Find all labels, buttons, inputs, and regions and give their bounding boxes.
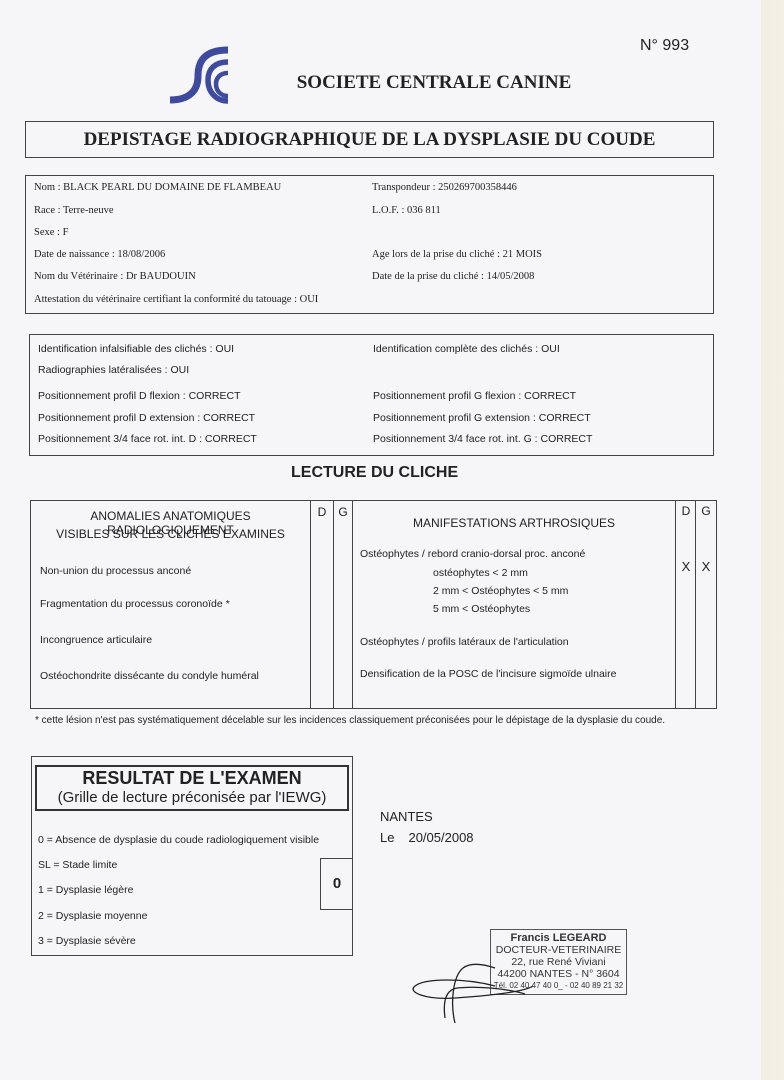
arthrosis-row-label: ostéophytes < 2 mm (433, 567, 528, 579)
handwritten-signature-icon (405, 958, 535, 1028)
lof-number: L.O.F. : 036 811 (372, 205, 441, 216)
anomaly-row-label: Ostéochondrite dissécante du condyle hum… (40, 670, 259, 682)
check-right-item: Positionnement 3/4 face rot. int. G : CO… (373, 433, 592, 445)
animal-breed: Race : Terre-neuve (34, 205, 114, 216)
arthrosis-row-label: 2 mm < Ostéophytes < 5 mm (433, 585, 568, 597)
arthrosis-row-label: 5 mm < Ostéophytes (433, 603, 530, 615)
stamp-title: DOCTEUR-VETERINAIRE (491, 944, 626, 956)
column-divider (310, 501, 311, 708)
column-header-g: G (696, 504, 716, 518)
grade-legend-item: 2 = Dysplasie moyenne (38, 910, 147, 922)
column-header-d: D (312, 505, 332, 519)
arthrosis-row-label: Ostéophytes / rebord cranio-dorsal proc.… (360, 548, 585, 560)
mark-d-osteophytes-lt2mm: X (676, 559, 696, 574)
column-header-g: G (333, 505, 353, 519)
anomaly-row-label: Fragmentation du processus coronoïde * (40, 598, 230, 610)
anomalies-table: ANOMALIES ANATOMIQUES RADIOLOGIQUEMENT V… (30, 500, 353, 709)
date-prefix: Le (380, 830, 394, 845)
arthrosis-header: MANIFESTATIONS ARTHROSIQUES (353, 516, 675, 530)
signature-place: NANTES (380, 809, 433, 824)
check-left-item: Positionnement profil D extension : CORR… (38, 412, 255, 424)
arthrosis-table: MANIFESTATIONS ARTHROSIQUES D G Ostéophy… (352, 500, 717, 709)
result-score: 0 (321, 875, 353, 892)
document-title-box: DEPISTAGE RADIOGRAPHIQUE DE LA DYSPLASIE… (25, 121, 714, 158)
anomaly-row-label: Incongruence articulaire (40, 634, 152, 646)
tattoo-attestation: Attestation du vétérinaire certifiant la… (34, 294, 318, 305)
xray-date: Date de la prise du cliché : 14/05/2008 (372, 271, 534, 282)
column-header-d: D (676, 504, 696, 518)
result-title: RESULTAT DE L'EXAMEN (37, 768, 347, 789)
anomaly-row-label: Non-union du processus anconé (40, 565, 191, 577)
column-divider (695, 501, 696, 708)
grade-legend-item: 1 = Dysplasie légère (38, 884, 133, 896)
animal-info-box: Nom : BLACK PEARL DU DOMAINE DE FLAMBEAU… (25, 175, 714, 314)
check-left-item: Radiographies latéralisées : OUI (38, 364, 189, 376)
arthrosis-row-label: Ostéophytes / profils latéraux de l'arti… (360, 636, 569, 648)
xray-checks-box: Identification infalsifiable des clichés… (29, 334, 714, 456)
stamp-name: Francis LEGEARD (491, 932, 626, 944)
grade-legend-item: 0 = Absence de dysplasie du coude radiol… (38, 834, 319, 846)
scan-edge (761, 0, 784, 1080)
organization-name: SOCIETE CENTRALE CANINE (0, 72, 784, 94)
arthrosis-row-label: Densification de la POSC de l'incisure s… (360, 668, 616, 680)
document-title: DEPISTAGE RADIOGRAPHIQUE DE LA DYSPLASIE… (26, 129, 713, 151)
animal-name: Nom : BLACK PEARL DU DOMAINE DE FLAMBEAU (34, 182, 281, 193)
check-left-item: Identification infalsifiable des clichés… (38, 343, 234, 355)
veterinarian-name: Nom du Vétérinaire : Dr BAUDOUIN (34, 271, 196, 282)
animal-birthdate: Date de naissance : 18/08/2006 (34, 249, 165, 260)
document-number: N° 993 (640, 37, 689, 55)
check-right-item: Positionnement profil G extension : CORR… (373, 412, 591, 424)
check-left-item: Positionnement 3/4 face rot. int. D : CO… (38, 433, 257, 445)
anomalies-header-line2: VISIBLES SUR LES CLICHES EXAMINES (31, 527, 310, 541)
signature-date-line: Le20/05/2008 (380, 830, 474, 845)
footnote: * cette lésion n'est pas systématiquemen… (35, 715, 665, 726)
mark-g-osteophytes-lt2mm: X (696, 559, 716, 574)
result-header: RESULTAT DE L'EXAMEN (Grille de lecture … (35, 765, 349, 811)
check-left-item: Positionnement profil D flexion : CORREC… (38, 390, 241, 402)
grade-legend-item: 3 = Dysplasie sévère (38, 935, 136, 947)
check-right-item: Positionnement profil G flexion : CORREC… (373, 390, 576, 402)
column-divider (333, 501, 334, 708)
result-subtitle: (Grille de lecture préconisée par l'IEWG… (37, 789, 347, 806)
grade-legend-item: SL = Stade limite (38, 859, 117, 871)
lecture-section-title: LECTURE DU CLICHE (291, 464, 458, 482)
age-at-xray: Age lors de la prise du cliché : 21 MOIS (372, 249, 542, 260)
result-box: RESULTAT DE L'EXAMEN (Grille de lecture … (31, 756, 353, 956)
transponder-number: Transpondeur : 250269700358446 (372, 182, 517, 193)
column-divider (675, 501, 676, 708)
animal-sex: Sexe : F (34, 227, 68, 238)
signature-date: 20/05/2008 (408, 830, 473, 845)
result-score-box: 0 (320, 858, 353, 910)
check-right-item: Identification complète des clichés : OU… (373, 343, 560, 355)
